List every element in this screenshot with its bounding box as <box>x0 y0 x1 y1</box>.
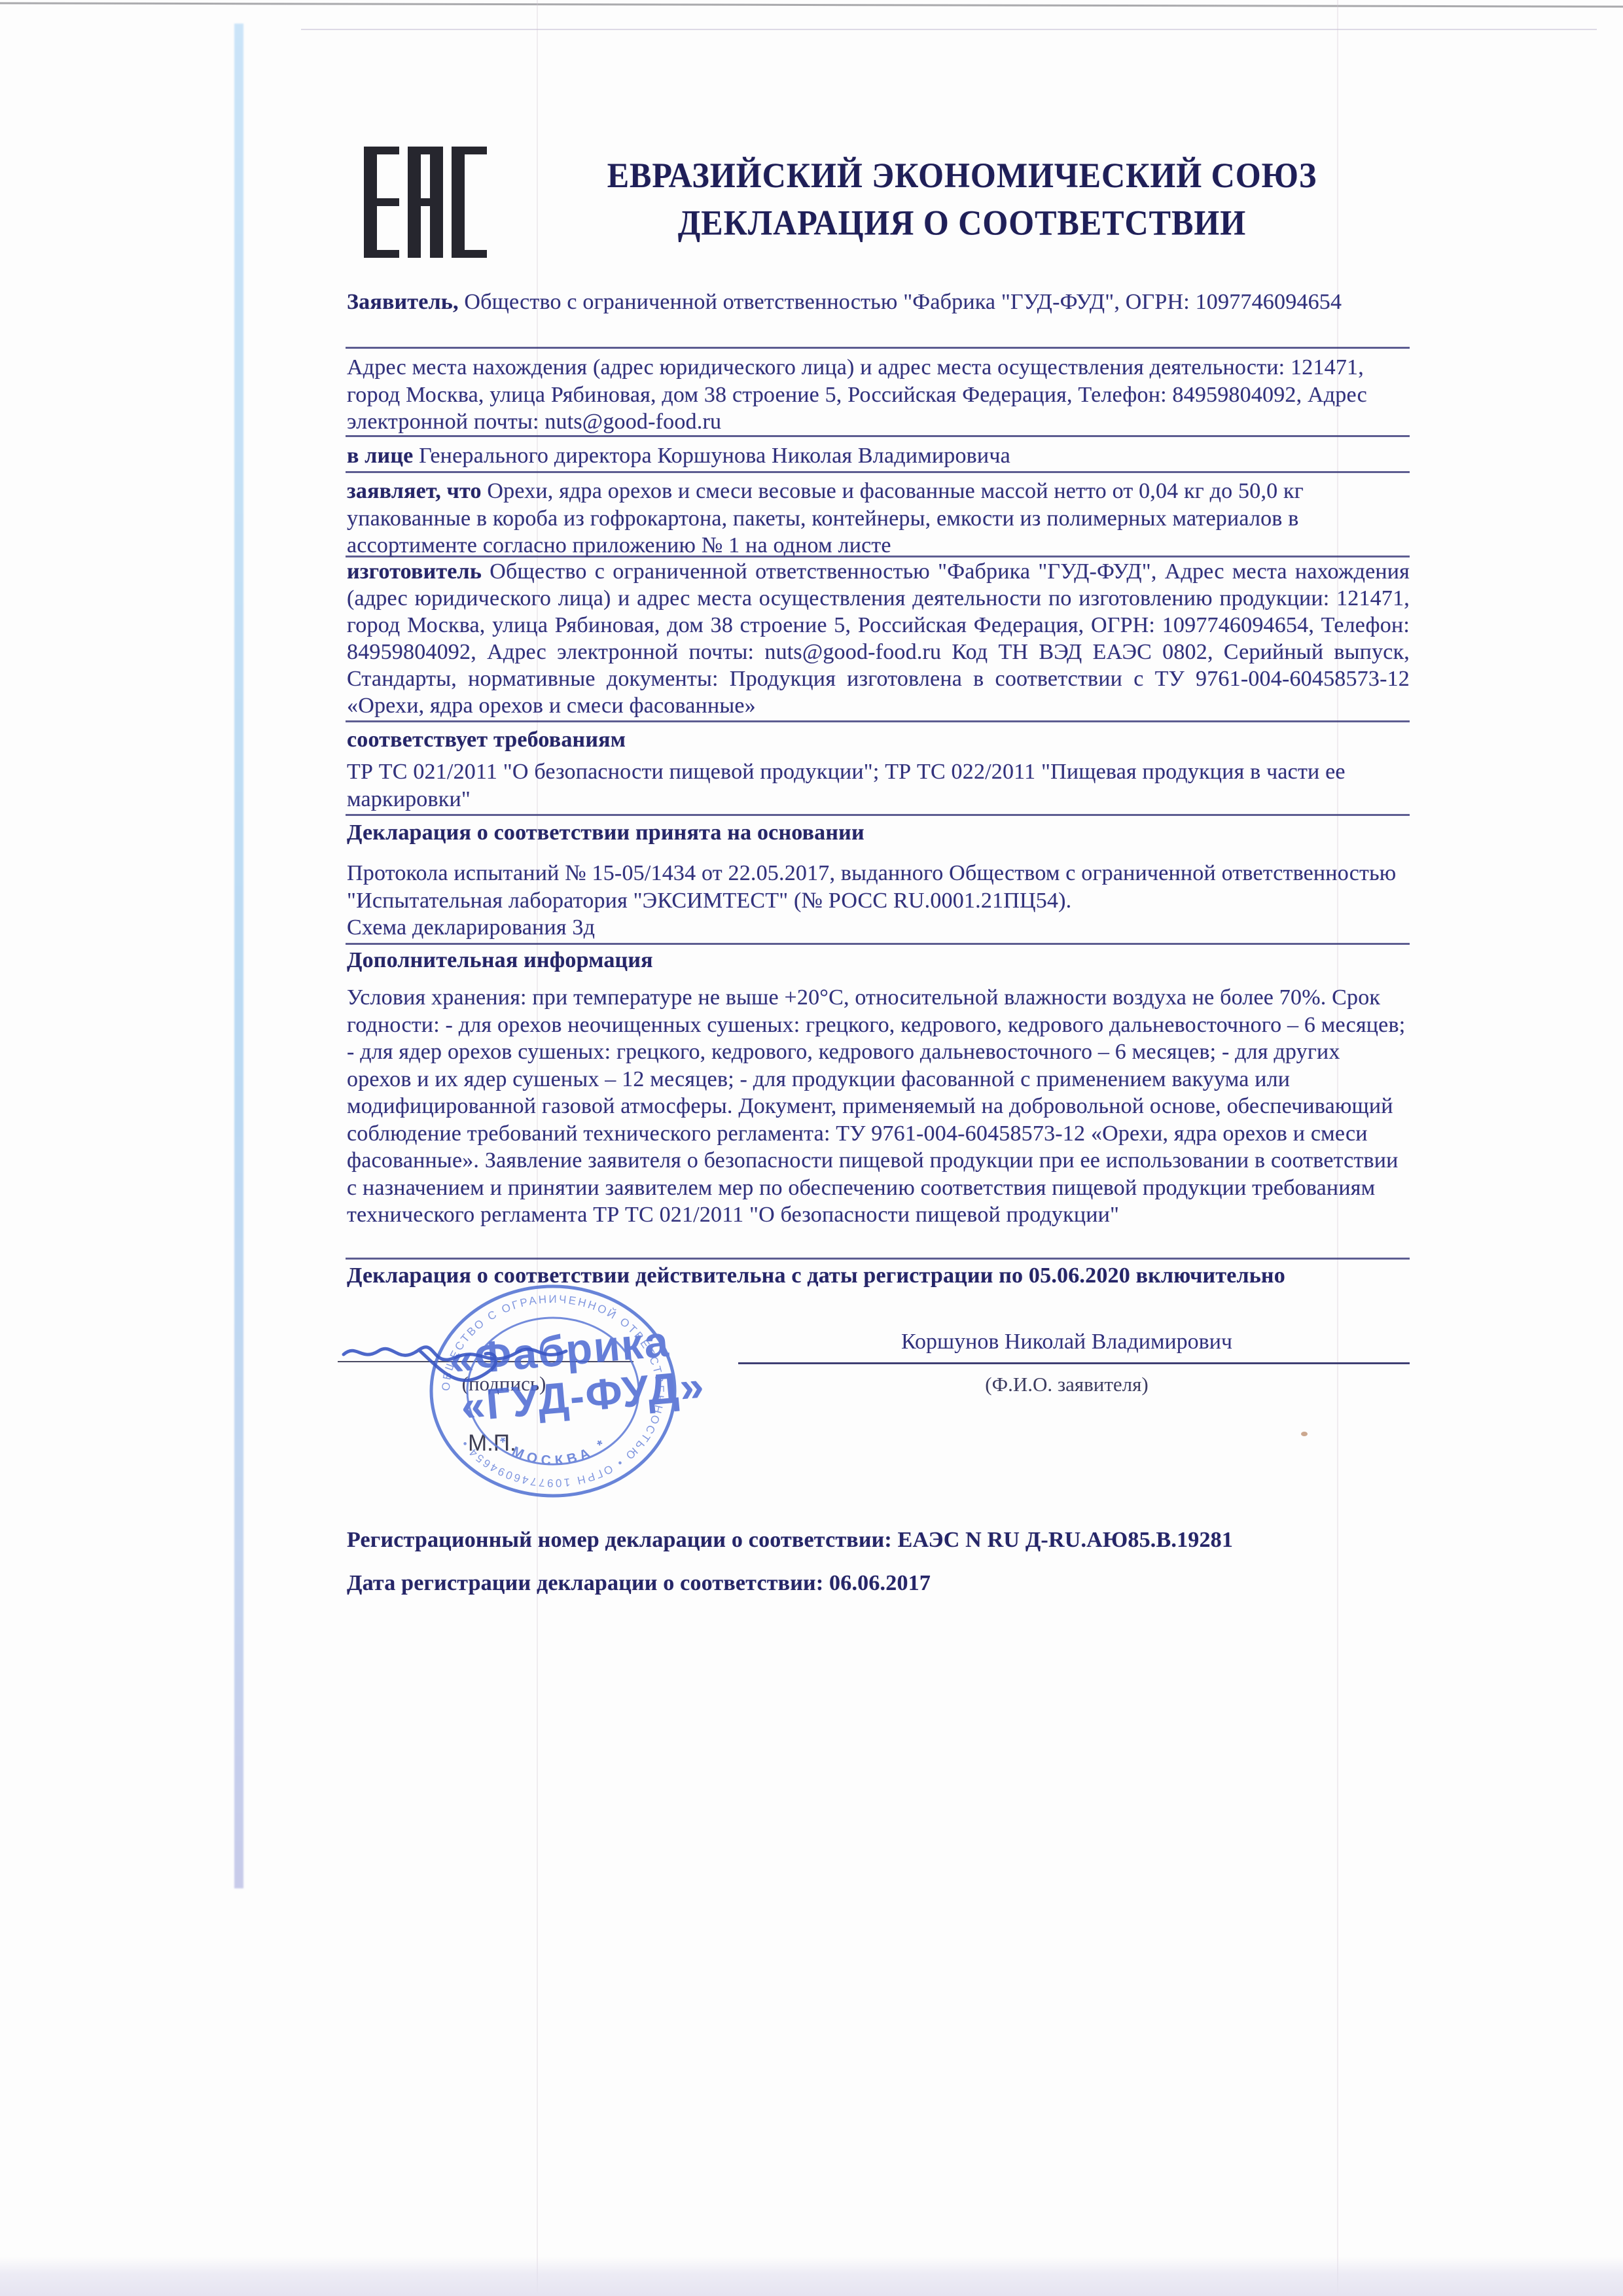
registration-number-label: Регистрационный номер декларации о соотв… <box>347 1528 892 1552</box>
rule <box>346 347 1410 349</box>
in-person-paragraph: в лице Генерального директора Коршунова … <box>347 442 1410 470</box>
rule <box>346 720 1410 722</box>
rule <box>346 471 1410 473</box>
title-line-1: ЕВРАЗИЙСКИЙ ЭКОНОМИЧЕСКИЙ СОЮЗ <box>550 152 1374 199</box>
additional-text: Условия хранения: при температуре не выш… <box>347 984 1410 1229</box>
eac-logo: ЕАС <box>364 147 488 258</box>
basis-text: Протокола испытаний № 15-05/1434 от 22.0… <box>347 860 1410 942</box>
declares-text: Орехи, ядра орехов и смеси весовые и фас… <box>347 479 1304 557</box>
address-paragraph: Адрес места нахождения (адрес юридическо… <box>347 354 1410 436</box>
paper-speck <box>1301 1432 1308 1436</box>
applicant-label: Заявитель, <box>347 290 459 314</box>
scan-blue-margin-line <box>234 24 243 1888</box>
registration-number-line: Регистрационный номер декларации о соотв… <box>347 1527 1410 1554</box>
scan-faint-line <box>301 29 1597 30</box>
registration-date-line: Дата регистрации декларации о соответств… <box>347 1570 1410 1597</box>
manufacturer-paragraph: изготовитель Общество с ограниченной отв… <box>347 558 1410 719</box>
document-title: ЕВРАЗИЙСКИЙ ЭКОНОМИЧЕСКИЙ СОЮЗДЕКЛАРАЦИЯ… <box>550 152 1374 247</box>
in-person-text: Генерального директора Коршунова Николая… <box>413 444 1010 468</box>
scan-bottom-noise <box>0 2257 1623 2296</box>
registration-date-value: 06.06.2017 <box>823 1571 931 1595</box>
handwritten-signature <box>321 1305 687 1404</box>
basis-heading: Декларация о соответствии принята на осн… <box>347 819 1410 847</box>
applicant-name: Коршунов Николай Владимирович <box>740 1330 1394 1354</box>
applicant-paragraph: Заявитель, Общество с ограниченной ответ… <box>347 289 1410 316</box>
complies-text: ТР ТС 021/2011 "О безопасности пищевой п… <box>347 758 1410 813</box>
in-person-label: в лице <box>347 444 413 468</box>
rule <box>346 556 1410 557</box>
stamp-city: * МОСКВА * <box>494 1434 611 1468</box>
applicant-text: Общество с ограниченной ответственностью… <box>459 290 1342 314</box>
declares-paragraph: заявляет, что Орехи, ядра орехов и смеси… <box>347 478 1410 559</box>
complies-heading: соответствует требованиям <box>347 726 1410 754</box>
rule <box>346 435 1410 437</box>
manufacturer-text: Общество с ограниченной ответственностью… <box>347 559 1410 718</box>
rule <box>346 943 1410 945</box>
manufacturer-label: изготовитель <box>347 559 482 584</box>
registration-date-label: Дата регистрации декларации о соответств… <box>347 1571 823 1595</box>
name-caption: (Ф.И.О. заявителя) <box>740 1373 1394 1396</box>
title-line-2: ДЕКЛАРАЦИЯ О СООТВЕТСТВИИ <box>550 199 1374 246</box>
name-underline <box>738 1362 1410 1364</box>
rule <box>346 814 1410 816</box>
scan-top-edge <box>0 2 1623 7</box>
additional-heading: Дополнительная информация <box>347 947 1410 974</box>
declaration-document: ЕАС ЕВРАЗИЙСКИЙ ЭКОНОМИЧЕСКИЙ СОЮЗДЕКЛАР… <box>0 0 1623 2296</box>
registration-number-value: ЕАЭС N RU Д-RU.АЮ85.В.19281 <box>892 1528 1233 1552</box>
stamp-city-holder: * МОСКВА * <box>494 1434 611 1468</box>
declares-label: заявляет, что <box>347 479 482 503</box>
